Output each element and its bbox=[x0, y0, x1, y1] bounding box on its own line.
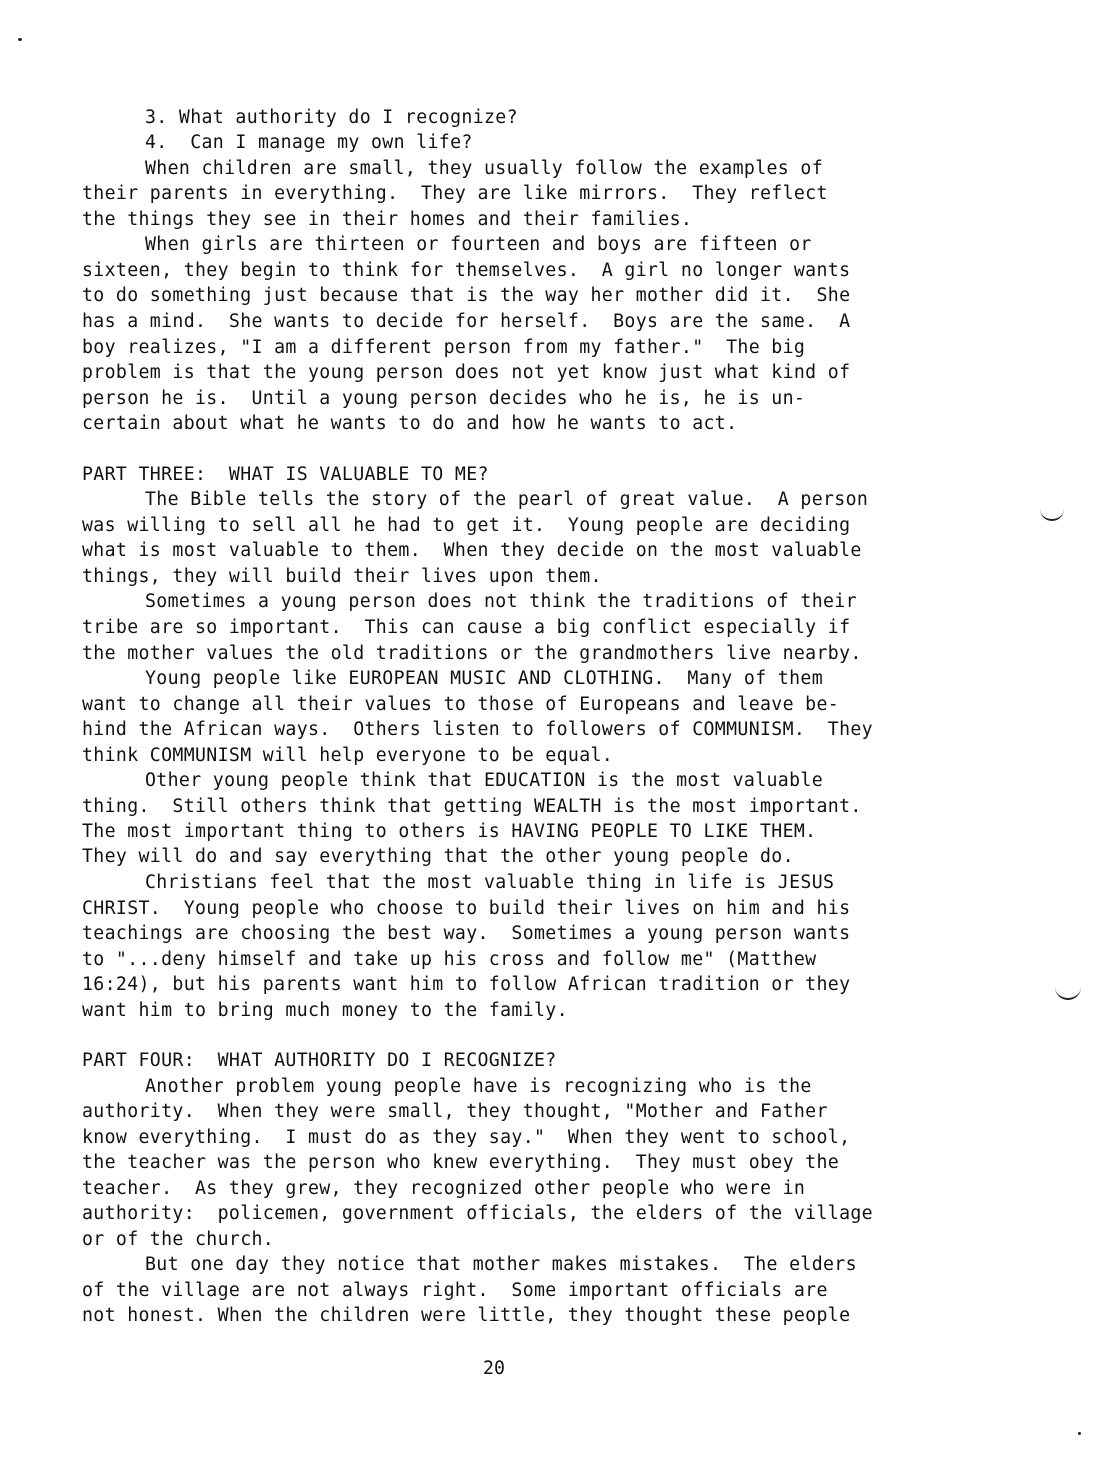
paragraph-line: problem is that the young person does no… bbox=[82, 362, 850, 384]
paragraph-line: hind the African ways. Others listen to … bbox=[82, 719, 873, 741]
paragraph-line: The Bible tells the story of the pearl o… bbox=[145, 489, 868, 511]
paragraph-line: authority. When they were small, they th… bbox=[82, 1101, 828, 1123]
page-number: 20 bbox=[483, 1358, 505, 1379]
section-heading-part-three: PART THREE: WHAT IS VALUABLE TO ME? bbox=[82, 464, 489, 486]
paragraph-line: boy realizes, "I am a different person f… bbox=[82, 337, 805, 359]
document-page: 3. What authority do I recognize? 4. Can… bbox=[0, 0, 1110, 1469]
paragraph-line: When children are small, they usually fo… bbox=[145, 158, 823, 180]
section-heading-part-four: PART FOUR: WHAT AUTHORITY DO I RECOGNIZE… bbox=[82, 1050, 557, 1072]
paragraph-line: teacher. As they grew, they recognized o… bbox=[82, 1178, 805, 1200]
paragraph-line: not honest. When the children were littl… bbox=[82, 1305, 850, 1327]
paragraph-line: things, they will build their lives upon… bbox=[82, 566, 602, 588]
paragraph-line: the mother values the old traditions or … bbox=[82, 643, 862, 665]
paragraph-line: Other young people think that EDUCATION … bbox=[145, 770, 823, 792]
paragraph-line: They will do and say everything that the… bbox=[82, 846, 794, 868]
scan-mark bbox=[1040, 505, 1064, 521]
paragraph-line: to "...deny himself and take up his cros… bbox=[82, 949, 817, 971]
paragraph-line: sixteen, they begin to think for themsel… bbox=[82, 260, 850, 282]
paragraph-line: Christians feel that the most valuable t… bbox=[145, 872, 834, 894]
paragraph-line: teachings are choosing the best way. Som… bbox=[82, 923, 850, 945]
paragraph-line: of the village are not always right. Som… bbox=[82, 1280, 828, 1302]
paragraph-line: the things they see in their homes and t… bbox=[82, 209, 692, 231]
paragraph-line: When girls are thirteen or fourteen and … bbox=[145, 234, 812, 256]
paragraph-line: want him to bring much money to the fami… bbox=[82, 1000, 568, 1022]
paragraph-line: know everything. I must do as they say."… bbox=[82, 1127, 850, 1149]
paragraph-line: the teacher was the person who knew ever… bbox=[82, 1152, 839, 1174]
paragraph-line: tribe are so important. This can cause a… bbox=[82, 617, 850, 639]
paragraph-line: Another problem young people have is rec… bbox=[145, 1076, 812, 1098]
paragraph-line: Sometimes a young person does not think … bbox=[145, 591, 857, 613]
paragraph-line: The most important thing to others is HA… bbox=[82, 821, 817, 843]
paragraph-line: or of the church. bbox=[82, 1229, 274, 1251]
paragraph-line: their parents in everything. They are li… bbox=[82, 183, 828, 205]
scan-mark bbox=[1055, 982, 1081, 1000]
paragraph-line: 16:24), but his parents want him to foll… bbox=[82, 974, 850, 996]
paragraph-line: certain about what he wants to do and ho… bbox=[82, 413, 737, 435]
paragraph-line: think COMMUNISM will help everyone to be… bbox=[82, 745, 613, 767]
paragraph-line: was willing to sell all he had to get it… bbox=[82, 515, 850, 537]
paragraph-line: want to change all their values to those… bbox=[82, 694, 839, 716]
scan-speck bbox=[1078, 1432, 1081, 1435]
paragraph-line: CHRIST. Young people who choose to build… bbox=[82, 898, 850, 920]
paragraph-line: But one day they notice that mother make… bbox=[145, 1254, 857, 1276]
list-item-3: 3. What authority do I recognize? bbox=[145, 107, 518, 129]
paragraph-line: what is most valuable to them. When they… bbox=[82, 540, 862, 562]
paragraph-line: Young people like EUROPEAN MUSIC AND CLO… bbox=[145, 668, 823, 690]
paragraph-line: person he is. Until a young person decid… bbox=[82, 388, 805, 410]
paragraph-line: to do something just because that is the… bbox=[82, 285, 850, 307]
paragraph-line: has a mind. She wants to decide for hers… bbox=[82, 311, 850, 333]
list-item-4: 4. Can I manage my own life? bbox=[145, 132, 473, 154]
paragraph-line: authority: policemen, government officia… bbox=[82, 1203, 873, 1225]
paragraph-line: thing. Still others think that getting W… bbox=[82, 796, 862, 818]
scan-speck bbox=[18, 38, 22, 41]
